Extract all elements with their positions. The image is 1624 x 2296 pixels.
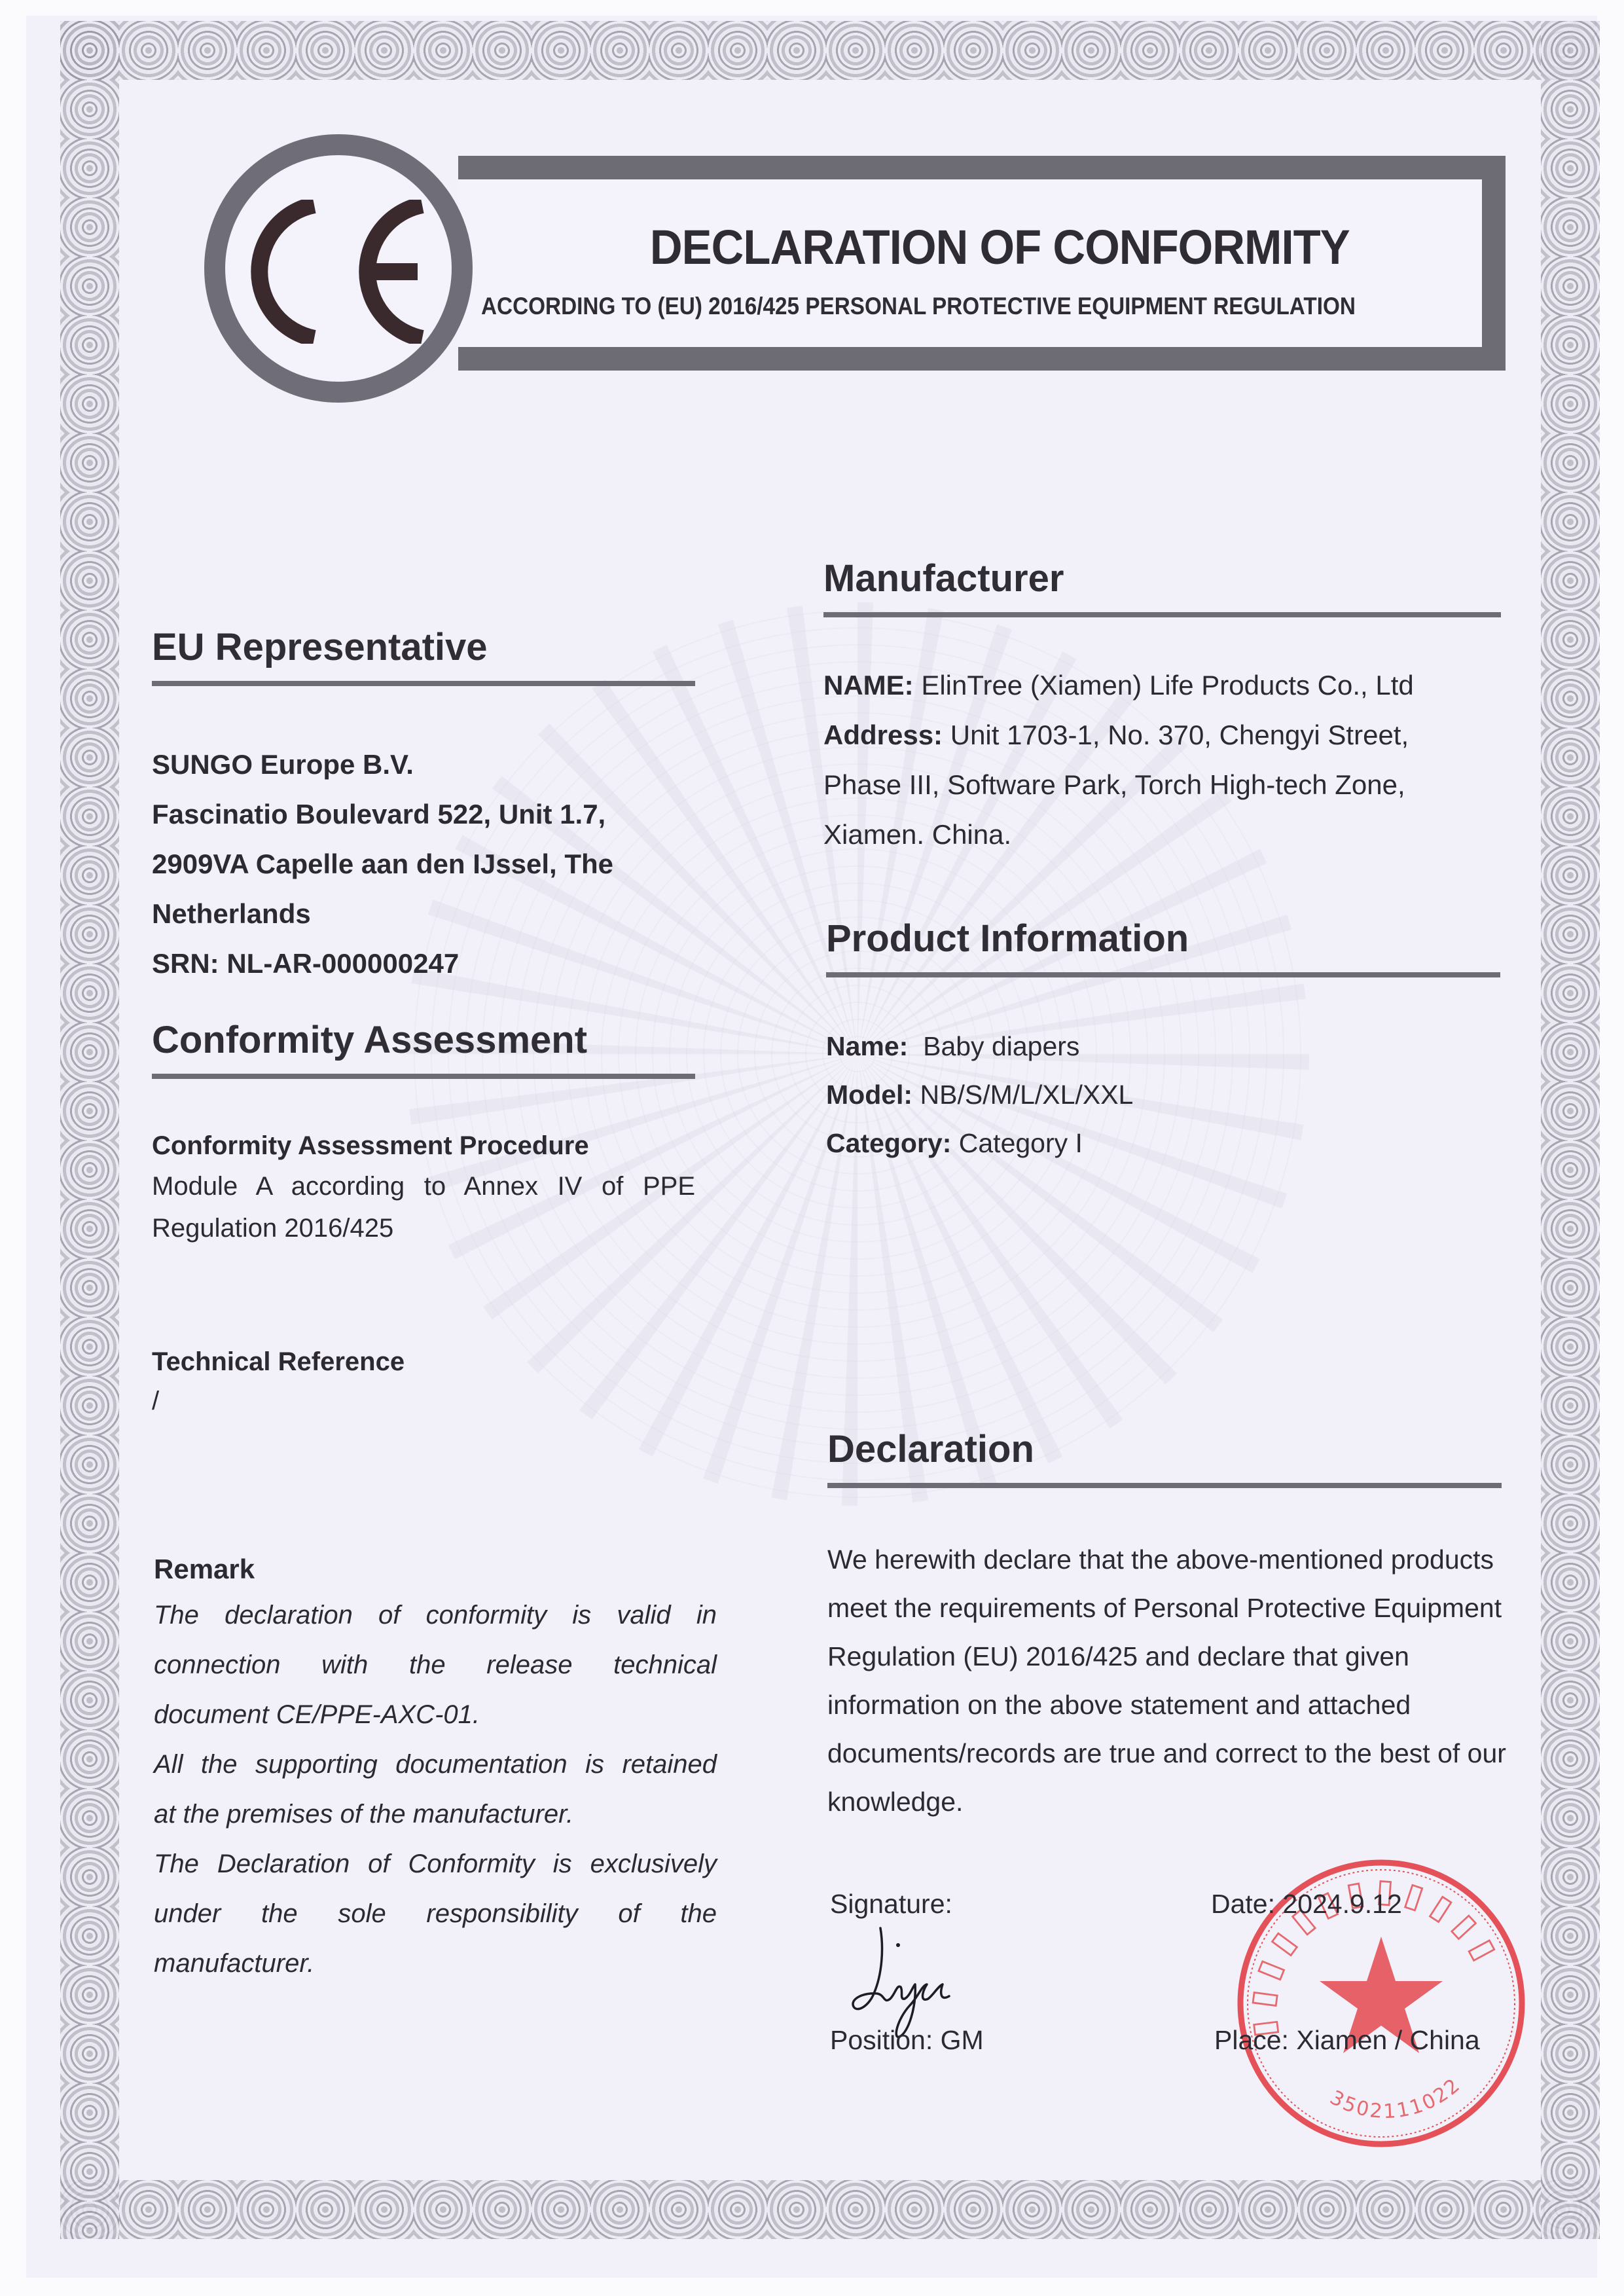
manufacturer-name: NAME: ElinTree (Xiamen) Life Products Co… — [823, 661, 1501, 710]
declaration-text: Regulation (EU) 2016/425 and declare tha… — [827, 1632, 1502, 1681]
eu-representative-heading: EU Representative — [152, 625, 695, 669]
declaration-date: Date: 2024.9.12 — [1211, 1889, 1402, 1920]
section-divider — [826, 972, 1500, 977]
declaration-place: Place: Xiamen / China — [1214, 2025, 1480, 2056]
product-model: Model: NB/S/M/L/XL/XXL — [826, 1070, 1500, 1119]
category-value: Category I — [951, 1128, 1083, 1158]
decorative-border-left — [60, 21, 119, 2239]
remark-heading: Remark — [154, 1548, 717, 1590]
address-label: Address: — [823, 720, 943, 750]
remark-text: under the sole responsibility of the — [154, 1889, 717, 1939]
remark-text: All the supporting documentation is reta… — [154, 1740, 717, 1789]
section-declaration: Declaration We herewith declare that the… — [827, 1427, 1502, 1826]
eu-rep-country: Netherlands — [152, 889, 695, 939]
declaration-text: We herewith declare that the above-menti… — [827, 1535, 1502, 1584]
remark-text: The Declaration of Conformity is exclusi… — [154, 1839, 717, 1889]
eu-rep-address-line: 2909VA Capelle aan den IJssel, The — [152, 839, 695, 889]
section-manufacturer: Manufacturer NAME: ElinTree (Xiamen) Lif… — [823, 556, 1501, 860]
ce-mark-icon — [236, 200, 445, 344]
procedure-text: Module A according to Annex IV of PPE — [152, 1165, 695, 1207]
declaration-text: documents/records are true and correct t… — [827, 1729, 1502, 1777]
declaration-text: knowledge. — [827, 1777, 1502, 1826]
category-label: Category: — [826, 1128, 951, 1158]
eu-rep-company: SUNGO Europe B.V. — [152, 740, 695, 790]
procedure-text: Regulation 2016/425 — [152, 1207, 695, 1249]
remark-text: manufacturer. — [154, 1939, 717, 1988]
declaration-text: information on the above statement and a… — [827, 1681, 1502, 1729]
model-value: NB/S/M/L/XL/XXL — [912, 1080, 1133, 1110]
document-subtitle: ACCORDING TO (EU) 2016/425 PERSONAL PROT… — [481, 293, 1356, 320]
section-technical-reference: Technical Reference / — [152, 1342, 695, 1421]
product-name-label: Name: — [826, 1031, 908, 1061]
signature-label: Signature: — [830, 1889, 952, 1920]
product-category: Category: Category I — [826, 1119, 1500, 1167]
section-divider — [823, 612, 1501, 617]
document-title: DECLARATION OF CONFORMITY — [628, 219, 1371, 275]
remark-text: The declaration of conformity is valid i… — [154, 1590, 717, 1640]
conformity-assessment-heading: Conformity Assessment — [152, 1018, 695, 1062]
eu-rep-srn: SRN: NL-AR-000000247 — [152, 939, 695, 989]
manufacturer-address: Address: Unit 1703-1, No. 370, Chengyi S… — [823, 710, 1501, 760]
model-label: Model: — [826, 1080, 912, 1110]
signer-position: Position: GM — [830, 2025, 984, 2056]
technical-reference-label: Technical Reference — [152, 1342, 695, 1381]
remark-text: connection with the release technical — [154, 1640, 717, 1690]
product-name: Name: Baby diapers — [826, 1022, 1500, 1070]
section-divider — [827, 1483, 1502, 1488]
decorative-border-right — [1541, 21, 1600, 2239]
procedure-label: Conformity Assessment Procedure — [152, 1126, 695, 1165]
name-value: ElinTree (Xiamen) Life Products Co., Ltd — [914, 670, 1414, 701]
section-conformity-assessment: Conformity Assessment Conformity Assessm… — [152, 1018, 695, 1249]
section-remark: Remark The declaration of conformity is … — [154, 1548, 717, 1988]
manufacturer-address-line: Xiamen. China. — [823, 810, 1501, 860]
manufacturer-heading: Manufacturer — [823, 556, 1501, 600]
manufacturer-address-line: Phase III, Software Park, Torch High-tec… — [823, 760, 1501, 810]
section-divider — [152, 681, 695, 686]
section-product-information: Product Information Name: Baby diapers M… — [826, 917, 1500, 1167]
decorative-border-bottom — [60, 2180, 1600, 2239]
product-information-heading: Product Information — [826, 917, 1500, 960]
section-divider — [152, 1074, 695, 1079]
remark-text: document CE/PPE-AXC-01. — [154, 1690, 717, 1740]
address-value: Unit 1703-1, No. 370, Chengyi Street, — [943, 720, 1409, 750]
product-name-value: Baby diapers — [908, 1031, 1079, 1061]
technical-reference-value: / — [152, 1381, 695, 1421]
remark-text: at the premises of the manufacturer. — [154, 1789, 717, 1839]
decorative-border-top — [60, 21, 1600, 80]
section-eu-representative: EU Representative SUNGO Europe B.V. Fasc… — [152, 625, 695, 989]
declaration-heading: Declaration — [827, 1427, 1502, 1471]
declaration-text: meet the requirements of Personal Protec… — [827, 1584, 1502, 1632]
name-label: NAME: — [823, 670, 914, 701]
eu-rep-address-line: Fascinatio Boulevard 522, Unit 1.7, — [152, 790, 695, 839]
